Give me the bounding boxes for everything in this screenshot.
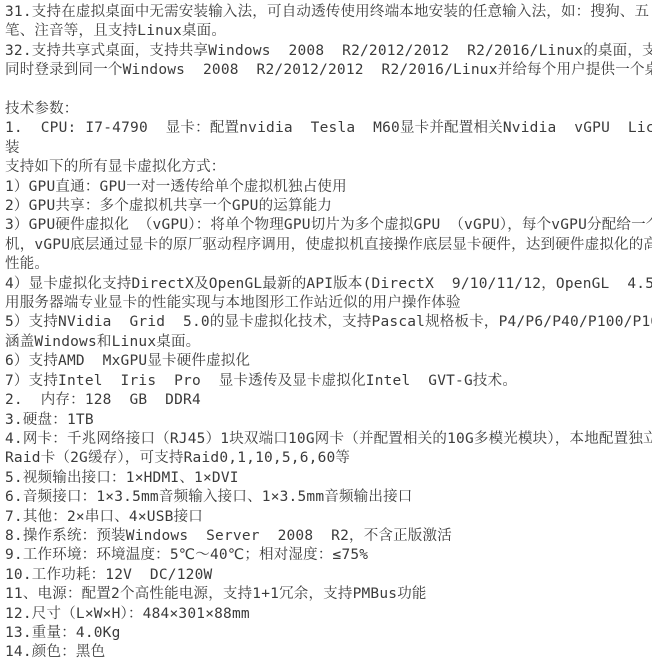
text-line: 10.工作功耗：12V DC/120W	[5, 566, 652, 585]
text-line: 5.视频输出接口：1×HDMI、1×DVI	[5, 469, 652, 488]
text-line: 14.颜色：黑色	[5, 643, 652, 660]
section-title: 技术参数：	[5, 100, 652, 119]
text-line: 32.支持共享式桌面，支持共享Windows 2008 R2/2012/2012…	[5, 42, 652, 61]
text-line: 5）支持NVidia Grid 5.0的显卡虚拟化技术，支持Pascal规格板卡…	[5, 313, 652, 332]
text-line: 2）GPU共享：多个虚拟机共享一个GPU的运算能力	[5, 197, 652, 216]
text-line: 装	[5, 139, 652, 158]
spec-document: 31.支持在虚拟桌面中无需安装输入法，可自动透传使用终端本地安装的任意输入法，如…	[0, 0, 654, 660]
text-line: 31.支持在虚拟桌面中无需安装输入法，可自动透传使用终端本地安装的任意输入法，如…	[5, 3, 652, 22]
text-line: 3）GPU硬件虚拟化 （vGPU）：将单个物理GPU切片为多个虚拟GPU （vG…	[5, 216, 652, 235]
text-line: 9.工作环境：环境温度：5℃～40℃；相对湿度：≤75%	[5, 546, 652, 565]
text-line: 12.尺寸（L×W×H）：484×301×88mm	[5, 605, 652, 624]
text-line: 机，vGPU底层通过显卡的原厂驱动程序调用，使虚拟机直接操作底层显卡硬件，达到硬…	[5, 236, 652, 255]
text-line: 1. CPU: I7-4790 显卡：配置nvidia Tesla M60显卡并…	[5, 119, 652, 138]
text-line: 笔、注音等，且支持Linux桌面。	[5, 22, 652, 41]
text-line: 1）GPU直通：GPU一对一透传给单个虚拟机独占使用	[5, 178, 652, 197]
text-line: 3.硬盘：1TB	[5, 411, 652, 430]
text-line: 同时登录到同一个Windows 2008 R2/2012/2012 R2/201…	[5, 61, 652, 80]
text-line: 性能。	[5, 255, 652, 274]
text-line: 2. 内存：128 GB DDR4	[5, 391, 652, 410]
text-line: 4）显卡虚拟化支持DirectX及OpenGL最新的API版本(DirectX …	[5, 275, 652, 294]
text-line: Raid卡（2G缓存），可支持Raid0,1,10,5,6,60等	[5, 449, 652, 468]
text-line: 4.网卡：千兆网络接口（RJ45）1块双端口10G网卡（并配置相关的10G多模光…	[5, 430, 652, 449]
text-line: 7）支持Intel Iris Pro 显卡透传及显卡虚拟化Intel GVT-G…	[5, 372, 652, 391]
text-line: 涵盖Windows和Linux桌面。	[5, 333, 652, 352]
text-line: 13.重量：4.0Kg	[5, 624, 652, 643]
blank-line	[5, 81, 652, 100]
text-line: 用服务器端专业显卡的性能实现与本地图形工作站近似的用户操作体验	[5, 294, 652, 313]
text-line: 11、电源：配置2个高性能电源，支持1+1冗余，支持PMBus功能	[5, 585, 652, 604]
text-line: 7.其他：2×串口、4×USB接口	[5, 508, 652, 527]
text-line: 支持如下的所有显卡虚拟化方式：	[5, 158, 652, 177]
text-line: 6）支持AMD MxGPU显卡硬件虚拟化	[5, 352, 652, 371]
text-line: 6.音频接口：1×3.5mm音频输入接口、1×3.5mm音频输出接口	[5, 488, 652, 507]
text-line: 8.操作系统：预装Windows Server 2008 R2，不含正版激活	[5, 527, 652, 546]
